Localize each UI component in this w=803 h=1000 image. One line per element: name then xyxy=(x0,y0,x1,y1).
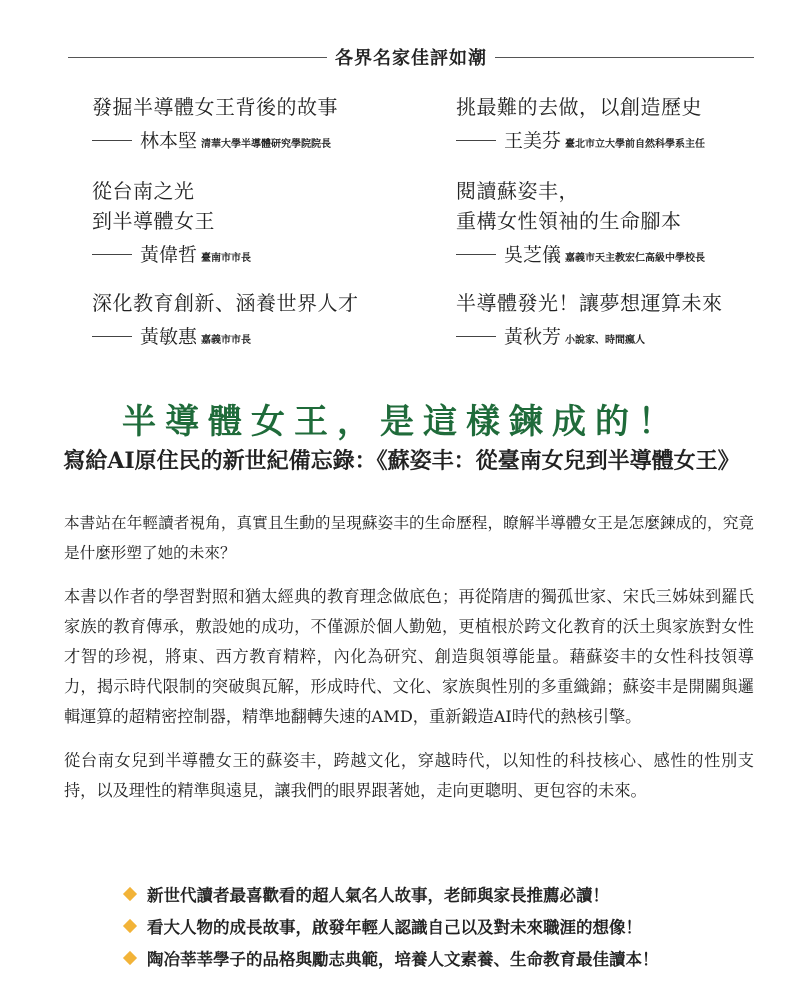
endorser-name: 黃秋芳 xyxy=(504,322,561,349)
quote-text: 到半導體女王 xyxy=(92,206,432,236)
paragraph: 本書以作者的學習對照和猶太經典的教育理念做底色；再從隋唐的獨孤世家、宋氏三姊妹到… xyxy=(64,582,754,732)
divider-right xyxy=(495,57,754,58)
quote-byline: 吳芝儀 嘉義市天主教宏仁高級中學校長 xyxy=(456,240,796,267)
dash-line xyxy=(92,254,132,255)
quote-text: 閱讀蘇姿丰， xyxy=(456,176,796,206)
quote-item: 發掘半導體女王背後的故事 林本堅 清華大學半導體研究學院院長 xyxy=(92,92,432,153)
quote-item: 半導體發光！讓夢想運算未來 黃秋芳 小說家、時間瘋人 xyxy=(456,288,796,349)
paragraph: 從台南女兒到半導體女王的蘇姿丰，跨越文化，穿越時代，以知性的科技核心、感性的性別… xyxy=(64,746,754,806)
quote-byline: 林本堅 清華大學半導體研究學院院長 xyxy=(92,126,432,153)
endorser-role: 臺南市市長 xyxy=(201,249,251,264)
quote-byline: 黃敏惠 嘉義市市長 xyxy=(92,322,432,349)
quote-text: 挑最難的去做，以創造歷史 xyxy=(456,92,796,122)
quote-text: 發掘半導體女王背後的故事 xyxy=(92,92,432,122)
description-body: 本書站在年輕讀者視角，真實且生動的呈現蘇姿丰的生命歷程，瞭解半導體女王是怎麼鍊成… xyxy=(64,508,754,820)
quote-text: 重構女性領袖的生命腳本 xyxy=(456,206,796,236)
dash-line xyxy=(92,336,132,337)
quote-text: 半導體發光！讓夢想運算未來 xyxy=(456,288,796,318)
quote-item: 挑最難的去做，以創造歷史 王美芬 臺北市立大學前自然科學系主任 xyxy=(456,92,796,153)
quote-byline: 黃秋芳 小說家、時間瘋人 xyxy=(456,322,796,349)
paragraph: 本書站在年輕讀者視角，真實且生動的呈現蘇姿丰的生命歷程，瞭解半導體女王是怎麼鍊成… xyxy=(64,508,754,568)
endorser-role: 嘉義市天主教宏仁高級中學校長 xyxy=(565,249,705,264)
reviews-header: 各界名家佳評如潮 xyxy=(68,46,754,68)
diamond-bullet-icon xyxy=(123,919,137,933)
endorser-role: 小說家、時間瘋人 xyxy=(565,331,645,346)
quote-item: 從台南之光 到半導體女王 黃偉哲 臺南市市長 xyxy=(92,176,432,267)
endorser-name: 吳芝儀 xyxy=(504,240,561,267)
list-item-text: 新世代讀者最喜歡看的超人氣名人故事，老師與家長推薦必讀！ xyxy=(147,882,609,906)
endorser-name: 黃敏惠 xyxy=(140,322,197,349)
list-item: 看大人物的成長故事，啟發年輕人認識自己以及對未來職涯的想像！ xyxy=(122,910,742,942)
quote-text: 從台南之光 xyxy=(92,176,432,206)
diamond-bullet-icon xyxy=(123,887,137,901)
quote-item: 閱讀蘇姿丰， 重構女性領袖的生命腳本 吳芝儀 嘉義市天主教宏仁高級中學校長 xyxy=(456,176,796,267)
quote-byline: 黃偉哲 臺南市市長 xyxy=(92,240,432,267)
dash-line xyxy=(456,254,496,255)
main-headline: 半導體女王，是這樣鍊成的！ xyxy=(0,394,803,443)
endorser-role: 清華大學半導體研究學院院長 xyxy=(201,135,331,150)
list-item: 新世代讀者最喜歡看的超人氣名人故事，老師與家長推薦必讀！ xyxy=(122,878,742,910)
reviews-title: 各界名家佳評如潮 xyxy=(327,44,495,70)
dash-line xyxy=(92,140,132,141)
quote-byline: 王美芬 臺北市立大學前自然科學系主任 xyxy=(456,126,796,153)
list-item: 陶冶莘莘學子的品格與勵志典範，培養人文素養、生命教育最佳讀本！ xyxy=(122,942,742,974)
list-item-text: 看大人物的成長故事，啟發年輕人認識自己以及對未來職涯的想像！ xyxy=(147,914,642,938)
highlight-list: 新世代讀者最喜歡看的超人氣名人故事，老師與家長推薦必讀！ 看大人物的成長故事，啟… xyxy=(122,878,742,974)
endorser-name: 黃偉哲 xyxy=(140,240,197,267)
dash-line xyxy=(456,336,496,337)
quote-text: 深化教育創新、涵養世界人才 xyxy=(92,288,432,318)
dash-line xyxy=(456,140,496,141)
diamond-bullet-icon xyxy=(123,951,137,965)
list-item-text: 陶冶莘莘學子的品格與勵志典範，培養人文素養、生命教育最佳讀本！ xyxy=(147,946,659,970)
quote-item: 深化教育創新、涵養世界人才 黃敏惠 嘉義市市長 xyxy=(92,288,432,349)
divider-left xyxy=(68,57,327,58)
endorser-role: 臺北市立大學前自然科學系主任 xyxy=(565,135,705,150)
endorser-name: 林本堅 xyxy=(140,126,197,153)
endorser-name: 王美芬 xyxy=(504,126,561,153)
endorser-role: 嘉義市市長 xyxy=(201,331,251,346)
book-subtitle: 寫給AI原住民的新世紀備忘錄：《蘇姿丰：從臺南女兒到半導體女王》 xyxy=(0,444,803,475)
